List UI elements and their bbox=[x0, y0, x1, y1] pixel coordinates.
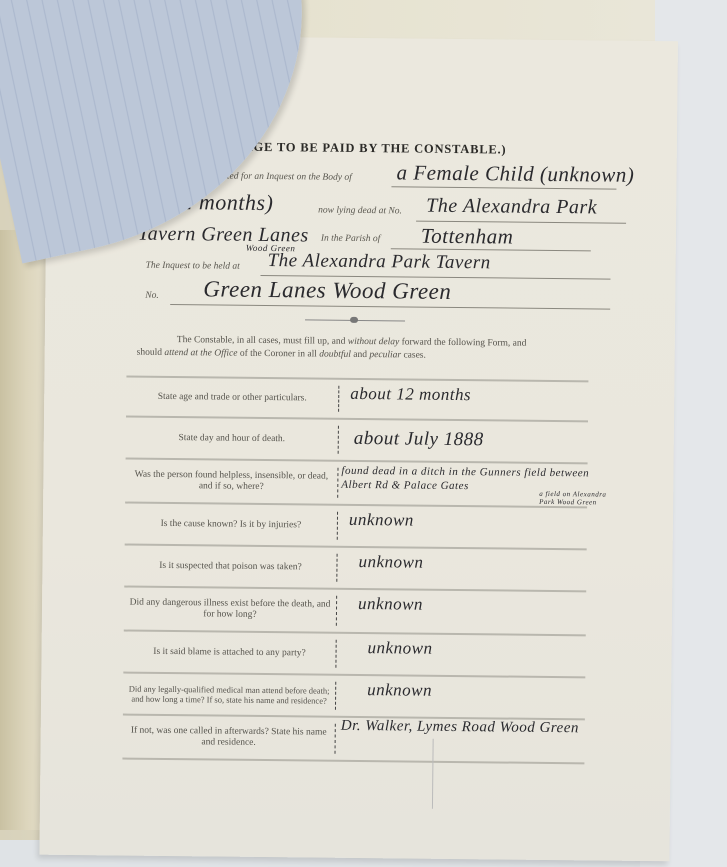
label-inquest: The Inquest to be held at bbox=[146, 261, 240, 272]
instructions-emphasis: attend at the Office bbox=[164, 348, 237, 359]
instructions-text: cases. bbox=[401, 350, 426, 360]
instructions-emphasis: peculiar bbox=[369, 350, 401, 360]
form-row: State age and trade or other particulars… bbox=[126, 376, 588, 421]
form-question: Did any dangerous illness exist before t… bbox=[124, 588, 336, 632]
rule bbox=[170, 304, 610, 310]
form-answer: unknown bbox=[368, 638, 433, 659]
form-answer: unknown bbox=[349, 510, 414, 531]
value-body: a Female Child (unknown) bbox=[396, 160, 634, 187]
instructions: The Constable, in all cases, must fill u… bbox=[137, 334, 587, 365]
value-inquest: The Alexandra Park Tavern bbox=[268, 250, 491, 274]
value-no: Green Lanes Wood Green bbox=[203, 276, 451, 305]
form-row: Was the person found helpless, insensibl… bbox=[125, 458, 587, 507]
form-answer: unknown bbox=[367, 680, 432, 701]
value-parish: Tottenham bbox=[421, 224, 514, 250]
form-row: Is it said blame is attached to any part… bbox=[123, 630, 585, 677]
form-question: State age and trade or other particulars… bbox=[126, 378, 338, 418]
instructions-emphasis: doubtful bbox=[319, 350, 351, 360]
instructions-text: forward the following Form, and bbox=[399, 337, 526, 348]
instructions-emphasis: without delay bbox=[348, 337, 400, 348]
instructions-text: should bbox=[137, 348, 165, 358]
label-lying: now lying dead at No. bbox=[318, 206, 402, 217]
form-answer-note: a field on Alexandra Park Wood Green bbox=[539, 490, 619, 507]
fold-mark bbox=[432, 739, 434, 809]
instructions-text: The Constable, in all cases, must fill u… bbox=[177, 335, 348, 347]
label-parish: In the Parish of bbox=[321, 234, 380, 245]
form-question: Did any legally-qualified medical man at… bbox=[123, 674, 335, 716]
form-row: Did any dangerous illness exist before t… bbox=[124, 586, 586, 635]
form-question: Is it suspected that poison was taken? bbox=[124, 546, 336, 588]
form-row: Is the cause known? Is it by injuries? u… bbox=[125, 502, 587, 549]
form-answer: about 12 months bbox=[350, 384, 471, 405]
ornament-divider bbox=[305, 319, 405, 325]
form-answer: unknown bbox=[358, 552, 423, 573]
label-no: No. bbox=[145, 291, 159, 301]
form-table: State age and trade or other particulars… bbox=[122, 376, 588, 765]
form-row: If not, was one called in afterwards? St… bbox=[122, 714, 584, 763]
form-answer: Dr. Walker, Lymes Road Wood Green bbox=[341, 718, 579, 737]
form-row: Did any legally-qualified medical man at… bbox=[123, 672, 585, 719]
form-question: Was the person found helpless, insensibl… bbox=[125, 460, 337, 504]
value-lying-1: The Alexandra Park bbox=[426, 195, 597, 220]
form-row: Is it suspected that poison was taken? u… bbox=[124, 544, 586, 591]
form-answer: about July 1888 bbox=[354, 428, 484, 451]
form-question: State day and hour of death. bbox=[126, 418, 338, 460]
form-answer: unknown bbox=[358, 594, 423, 615]
form-row: State day and hour of death. about July … bbox=[126, 416, 588, 463]
form-question: Is the cause known? Is it by injuries? bbox=[125, 504, 337, 546]
instructions-text: and bbox=[351, 350, 370, 360]
form-question: Is it said blame is attached to any part… bbox=[123, 632, 335, 674]
form-question: If not, was one called in afterwards? St… bbox=[122, 716, 334, 760]
instructions-text: of the Coroner in all bbox=[237, 349, 319, 360]
